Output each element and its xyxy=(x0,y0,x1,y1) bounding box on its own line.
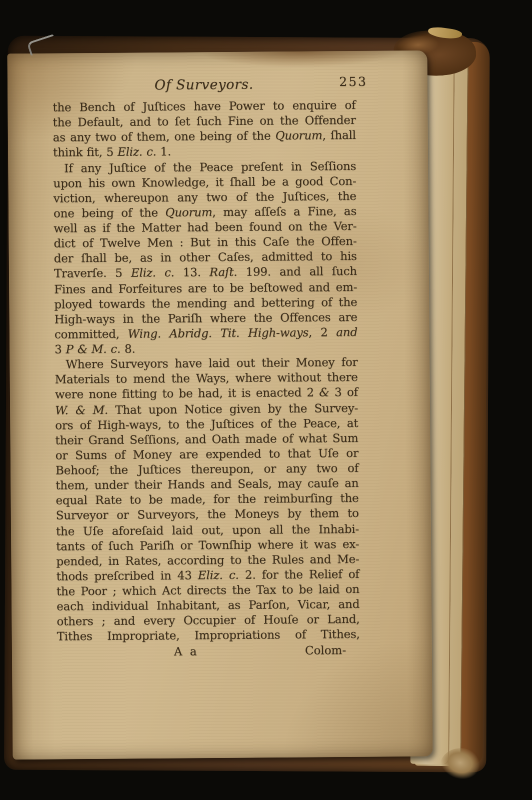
text-line: Tithes Impropriate, Impropriations of Ti… xyxy=(57,627,360,645)
catchword: Colom- xyxy=(305,643,346,657)
body-text: the Bench of Juſtices have Power to enqu… xyxy=(53,98,360,645)
text-line: as any two of them, one being of the Quo… xyxy=(53,128,356,146)
book-photo: Of Surveyors. 253 the Bench of Juſtices … xyxy=(0,0,532,800)
signature-mark: A a xyxy=(174,644,199,658)
page-footer: A a Colom- xyxy=(57,643,360,661)
text-line: committed, Wing. Abridg. Tit. High-ways,… xyxy=(54,325,357,343)
page-title: Of Surveyors. xyxy=(154,77,253,94)
book-page: Of Surveyors. 253 the Bench of Juſtices … xyxy=(7,50,433,759)
running-header: Of Surveyors. 253 xyxy=(52,73,355,95)
page-text: Of Surveyors. 253 the Bench of Juſtices … xyxy=(52,51,361,759)
page-number: 253 xyxy=(339,74,367,89)
